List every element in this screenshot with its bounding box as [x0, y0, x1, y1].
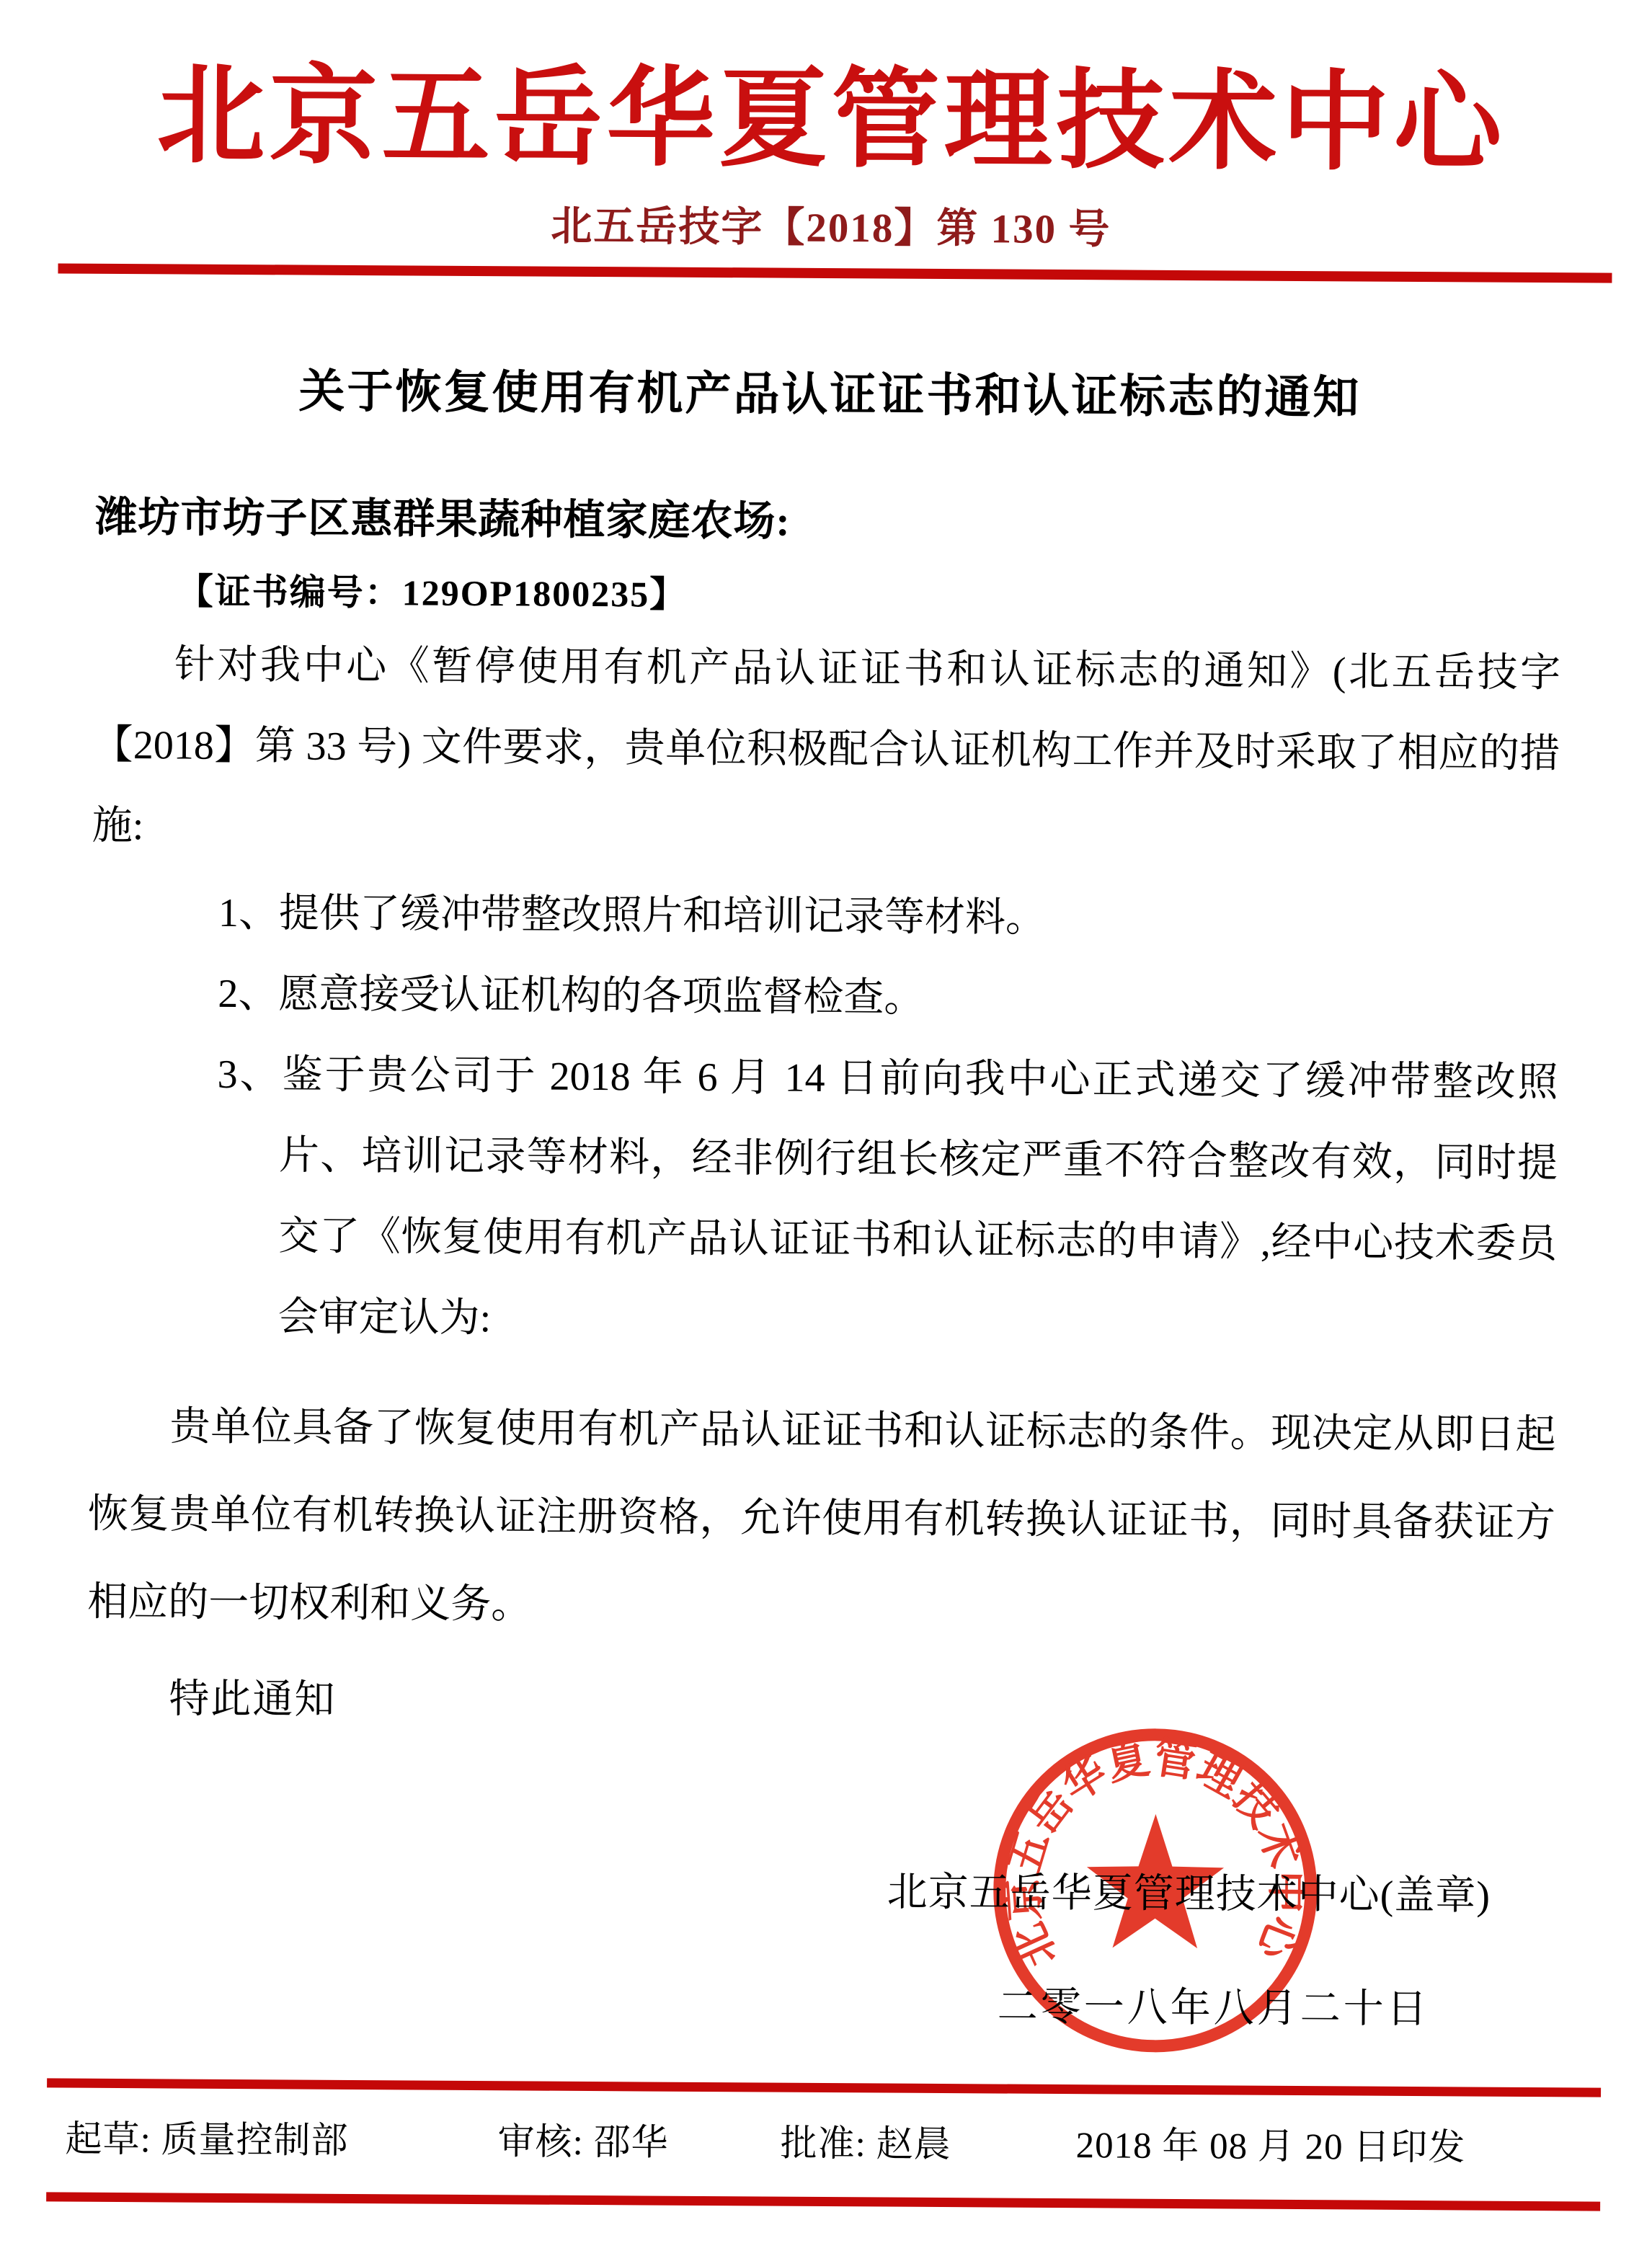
intro-paragraph: 针对我中心《暂停使用有机产品认证证书和认证标志的通知》(北五岳技字【2018】第…	[92, 624, 1560, 875]
footer-rule-bottom	[46, 2192, 1600, 2211]
footer-issue-date: 2018 年 08 月 20 日印发	[1075, 2115, 1465, 2170]
footer-approved: 批准: 赵晨	[780, 2113, 951, 2167]
official-notice-document: 北京五岳华夏管理技术中心 北五岳技字【2018】第 130 号 关于恢复使用有机…	[0, 0, 1652, 2256]
footer-drafted-value: 质量控制部	[161, 2120, 348, 2162]
list-item-1: 1、提供了缓冲带整改照片和培训记录等材料。	[218, 873, 1560, 962]
list-item-3: 3、鉴于贵公司于 2018 年 6 月 14 日前向我中心正式递交了缓冲带整改照…	[216, 1034, 1558, 1365]
footer-rule-top	[47, 2078, 1601, 2097]
list-number: 2、	[218, 972, 278, 1017]
list-number: 3、	[217, 1052, 282, 1098]
certificate-number-line: 【证书编号：129OP1800235】	[177, 562, 688, 617]
closing-phrase: 特此通知	[169, 1666, 336, 1725]
document-number: 北五岳技字【2018】第 130 号	[5, 190, 1652, 259]
list-text: 愿意接受认证机构的各项监督检查。	[278, 972, 924, 1020]
official-seal-stamp: 北京五岳华夏管理技术中心	[987, 1722, 1323, 2059]
footer-reviewed: 审核: 邵华	[497, 2111, 668, 2165]
addressee-line: 潍坊市坊子区惠群果蔬种植家庭农场:	[95, 483, 791, 548]
list-item-2: 2、愿意接受认证机构的各项监督检查。	[218, 954, 1559, 1042]
footer-approved-label: 批准:	[780, 2124, 876, 2165]
document-sheet: 北京五岳华夏管理技术中心 北五岳技字【2018】第 130 号 关于恢复使用有机…	[0, 0, 1652, 2256]
footer-drafted-label: 起草:	[65, 2120, 161, 2161]
decision-paragraph: 贵单位具备了恢复使用有机产品认证证书和认证标志的条件。现决定从即日起恢复贵单位有…	[87, 1382, 1556, 1655]
footer-drafted: 起草: 质量控制部	[65, 2109, 348, 2164]
list-number: 1、	[218, 891, 279, 936]
list-text: 鉴于贵公司于 2018 年 6 月 14 日前向我中心正式递交了缓冲带整改照片、…	[277, 1052, 1558, 1341]
header-rule	[58, 263, 1612, 283]
organization-header: 北京五岳华夏管理技术中心	[5, 27, 1652, 192]
footer-reviewed-label: 审核:	[497, 2122, 593, 2163]
footer-reviewed-value: 邵华	[593, 2123, 668, 2164]
list-text: 提供了缓冲带整改照片和培训记录等材料。	[279, 891, 1046, 940]
notice-title: 关于恢复使用有机产品认证证书和认证标志的通知	[4, 352, 1652, 429]
footer-approved-value: 赵晨	[876, 2124, 951, 2165]
star-icon	[1086, 1813, 1224, 1948]
